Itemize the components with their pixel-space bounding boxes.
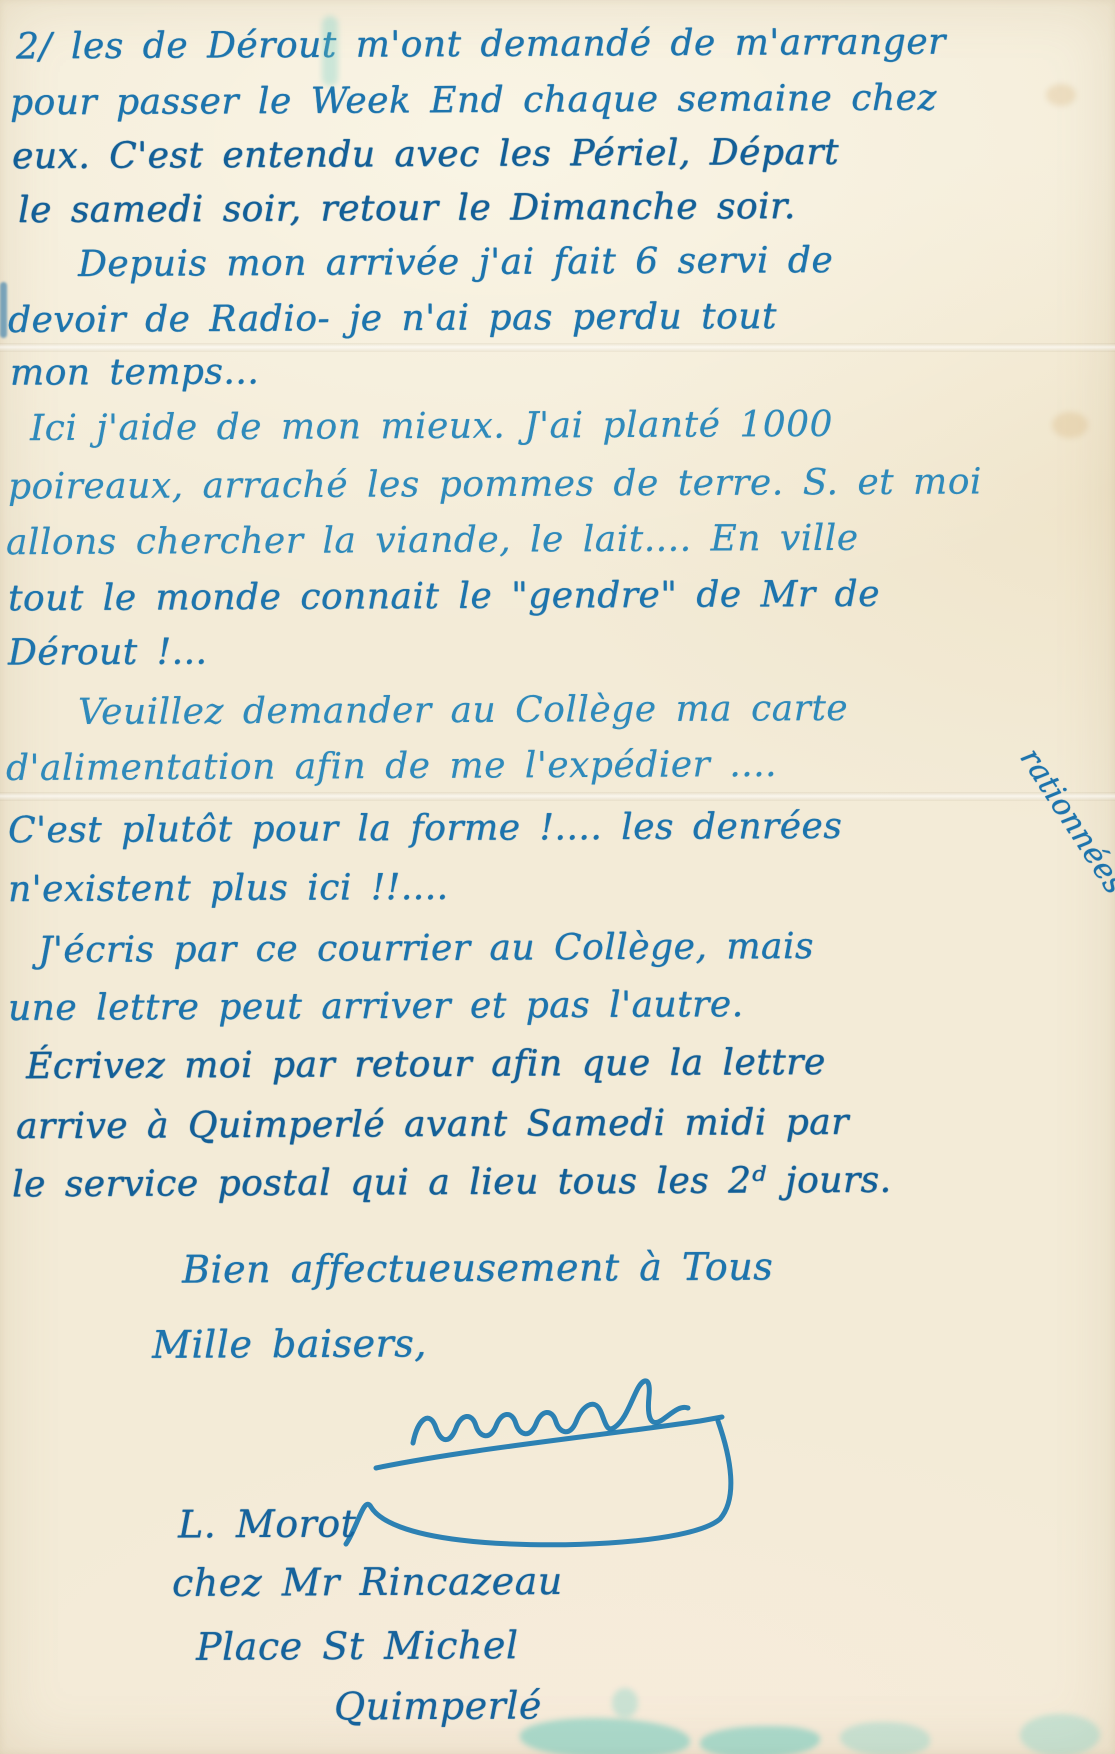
letter-line: Depuis mon arrivée j'ai fait 6 servi de (78, 240, 833, 285)
paper-spot (1052, 412, 1088, 438)
letter-line: Veuillez demander au Collège ma carte (78, 688, 848, 733)
letter-line: pour passer le Week End chaque semaine c… (10, 78, 937, 124)
letter-line: mon temps... (10, 351, 259, 393)
letter-line: devoir de Radio- je n'ai pas perdu tout (8, 296, 777, 341)
letter-line: Dérout !... (8, 631, 208, 673)
letter-line: Ici j'aide de mon mieux. J'ai planté 100… (30, 404, 833, 449)
fold-crease (0, 343, 1115, 352)
teal-stain (840, 1722, 930, 1754)
letter-line: d'alimentation afin de me l'expédier ...… (6, 744, 777, 789)
letter-line: C'est plutôt pour la forme !.... les den… (8, 806, 842, 851)
letter-line: le service postal qui a lieu tous les 2ᵈ… (12, 1160, 892, 1206)
letter-line: le samedi soir, retour le Dimanche soir. (18, 186, 796, 231)
letter-line: n'existent plus ici !!.... (8, 867, 449, 910)
closing-line: Bien affectueusement à Tous (182, 1244, 773, 1291)
address-line: chez Mr Rincazeau (172, 1559, 563, 1605)
ink-streak (0, 282, 7, 338)
address-line: Quimperlé (334, 1683, 542, 1728)
letter-page: 2/ les de Dérout m'ont demandé de m'arra… (0, 0, 1115, 1754)
letter-line: J'écris par ce courrier au Collège, mais (38, 926, 814, 971)
signature-flourish (318, 1348, 758, 1583)
letter-line: eux. C'est entendu avec les Périel, Dépa… (12, 132, 839, 177)
letter-line: arrive à Quimperlé avant Samedi midi par (16, 1102, 849, 1147)
fold-crease (0, 792, 1115, 801)
teal-stain (1020, 1714, 1100, 1754)
teal-stain (520, 1718, 690, 1754)
teal-stain (612, 1688, 638, 1718)
letter-line: Écrivez moi par retour afin que la lettr… (26, 1042, 826, 1087)
slanted-word-rationnees: rationnées (1013, 742, 1115, 901)
letter-line: tout le monde connait le "gendre" de Mr … (8, 574, 880, 620)
paper-spot (1046, 84, 1076, 106)
letter-line: une lettre peut arriver et pas l'autre. (8, 984, 744, 1029)
teal-stain (700, 1726, 820, 1754)
address-line: L. Morot (178, 1502, 357, 1547)
letter-line: 2/ les de Dérout m'ont demandé de m'arra… (16, 22, 946, 68)
address-line: Place St Michel (196, 1623, 519, 1669)
letter-line: poireaux, arraché les pommes de terre. S… (8, 461, 982, 507)
letter-line: allons chercher la viande, le lait.... E… (6, 518, 859, 563)
